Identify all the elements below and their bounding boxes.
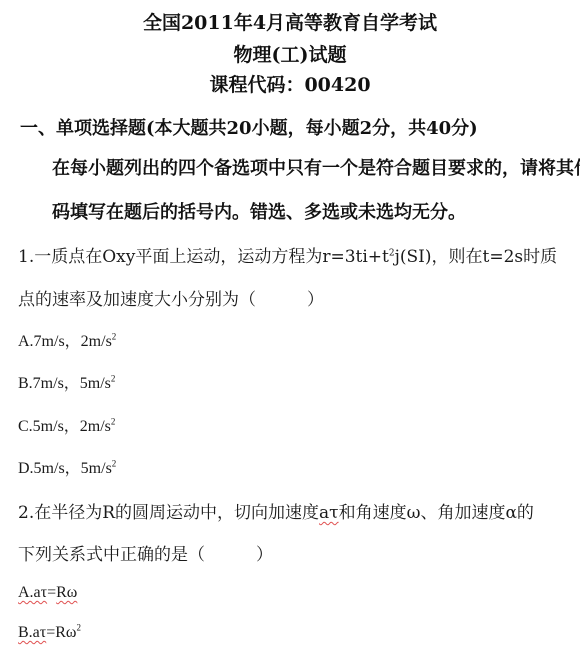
exam-title: 全国2011年4月高等教育自学考试 — [0, 8, 580, 35]
option-text: B.7m/s，5m/s — [18, 375, 111, 392]
instructions-line-2: 码填写在题后的括号内。错选、多选或未选均无分。 — [52, 198, 466, 224]
superscript: 2 — [111, 417, 116, 427]
option-text: C.5m/s，2m/s — [18, 418, 111, 435]
question-2-stem-line-2: 下列关系式中正确的是（ ） — [18, 540, 273, 565]
superscript: 2 — [112, 332, 117, 342]
superscript: 2 — [76, 623, 81, 633]
course-code: 课程代码：00420 — [0, 70, 580, 97]
spellcheck-term: aτ — [319, 503, 339, 523]
exam-subject: 物理(工)试题 — [0, 40, 580, 67]
question-2-stem-post: 和角速度ω、角加速度α的 — [339, 503, 534, 523]
option-text: A.aτ — [18, 584, 47, 601]
question-2-stem-line-1: 2.在半径为R的圆周运动中，切向加速度aτ和角速度ω、角加速度α的 — [18, 498, 534, 523]
question-1-stem-line-1: 1.一质点在Oxy平面上运动，运动方程为r=3ti+t2j(SI)，则在t=2s… — [18, 242, 557, 267]
question-1-stem-line-2: 点的速率及加速度大小分别为（ ） — [18, 285, 324, 310]
equals-sign: = — [47, 584, 56, 601]
option-text: A.7m/s，2m/s — [18, 333, 112, 350]
section-heading: 一、单项选择题(本大题共20小题，每小题2分，共40分) — [20, 114, 478, 140]
option-text: Rω — [55, 624, 76, 641]
superscript: 2 — [111, 374, 116, 384]
question-2-stem-pre: 2.在半径为R的圆周运动中，切向加速度 — [18, 503, 319, 523]
option-text: D.5m/s，5m/s — [18, 460, 112, 477]
question-1-stem-pre: 1.一质点在Oxy平面上运动，运动方程为r=3ti+t — [18, 247, 389, 267]
question-2-option-b: B.aτ=Rω2 — [18, 624, 81, 642]
question-1-stem-post: j(SI)，则在t=2s时质 — [395, 247, 558, 267]
question-1-option-d: D.5m/s，5m/s2 — [18, 455, 116, 478]
equals-sign: = — [46, 624, 55, 641]
option-text: Rω — [56, 584, 77, 601]
question-1-option-c: C.5m/s，2m/s2 — [18, 413, 115, 436]
option-text: B.aτ — [18, 624, 46, 641]
question-2-option-a: A.aτ=Rω — [18, 584, 77, 602]
superscript: 2 — [112, 459, 117, 469]
question-1-option-b: B.7m/s，5m/s2 — [18, 370, 115, 393]
instructions-line-1: 在每小题列出的四个备选项中只有一个是符合题目要求的，请将其代 — [52, 154, 580, 180]
question-1-option-a: A.7m/s，2m/s2 — [18, 328, 116, 351]
